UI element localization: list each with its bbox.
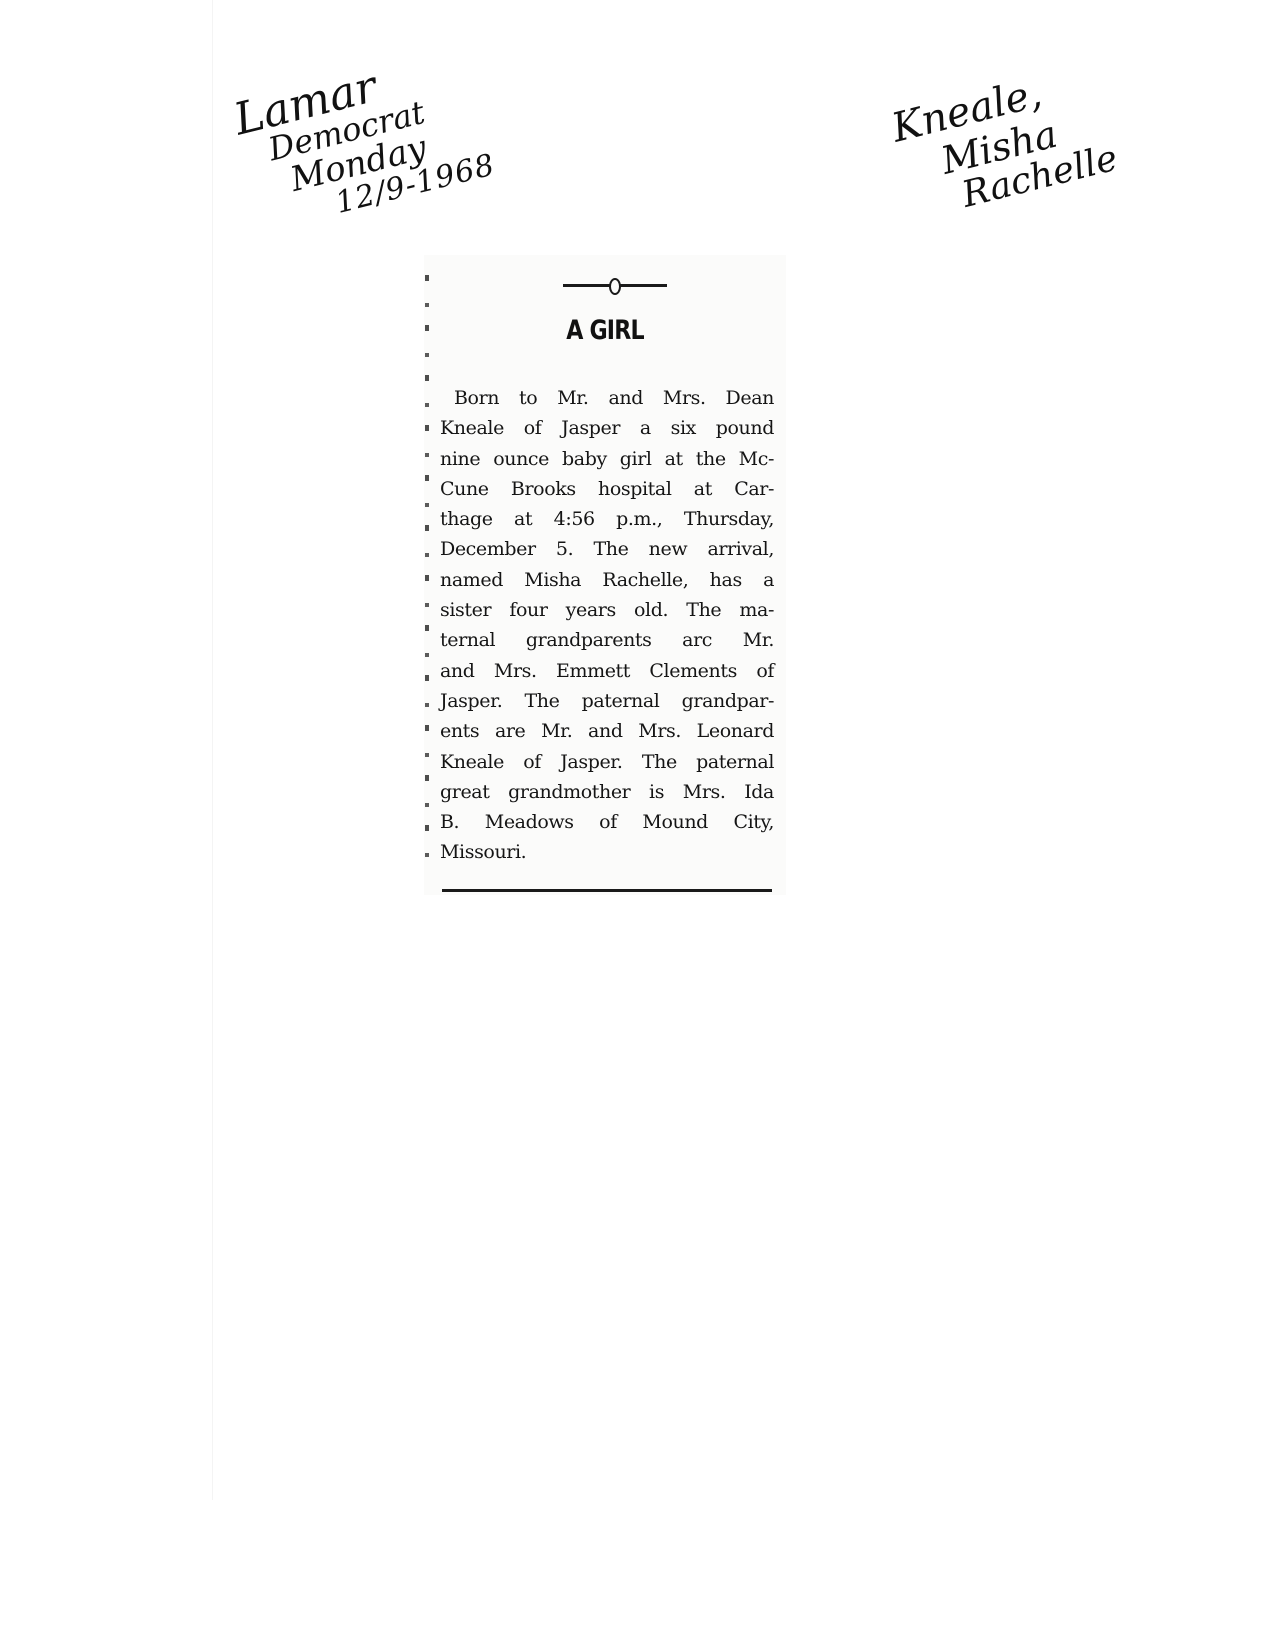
article-line: Born to Mr. and Mrs. Dean <box>440 383 774 413</box>
article-line: ents are Mr. and Mrs. Leonard <box>440 716 774 746</box>
article-line: sister four years old. The ma- <box>440 595 774 625</box>
article-line: B. Meadows of Mound City, <box>440 807 774 837</box>
handwritten-name-note: Kneale, Misha Rachelle <box>888 59 1121 226</box>
article-headline: A GIRL <box>457 315 754 346</box>
article-line: Jasper. The paternal grandpar- <box>440 686 774 716</box>
article-line: December 5. The new arrival, <box>440 534 774 564</box>
article-line: Missouri. <box>440 837 774 867</box>
adjacent-column-fragment <box>425 275 429 875</box>
article-line: Cune Brooks hospital at Car- <box>440 474 774 504</box>
article-line: named Misha Rachelle, has a <box>440 565 774 595</box>
handwritten-source-note: Lamar Democrat Monday 12/9-1968 <box>230 42 498 238</box>
bottom-rule <box>442 889 772 892</box>
article-body: Born to Mr. and Mrs. DeanKneale of Jaspe… <box>440 383 774 868</box>
scan-margin-line <box>212 0 213 1500</box>
scanned-page: Lamar Democrat Monday 12/9-1968 Kneale, … <box>0 0 1275 1650</box>
article-line: and Mrs. Emmett Clements of <box>440 656 774 686</box>
article-line: thage at 4:56 p.m., Thursday, <box>440 504 774 534</box>
article-line: Kneale of Jasper. The paternal <box>440 747 774 777</box>
article-line: great grandmother is Mrs. Ida <box>440 777 774 807</box>
ornament-divider <box>563 280 667 290</box>
article-line: Kneale of Jasper a six pound <box>440 413 774 443</box>
article-line: nine ounce baby girl at the Mc- <box>440 444 774 474</box>
article-line: ternal grandparents arc Mr. <box>440 625 774 655</box>
